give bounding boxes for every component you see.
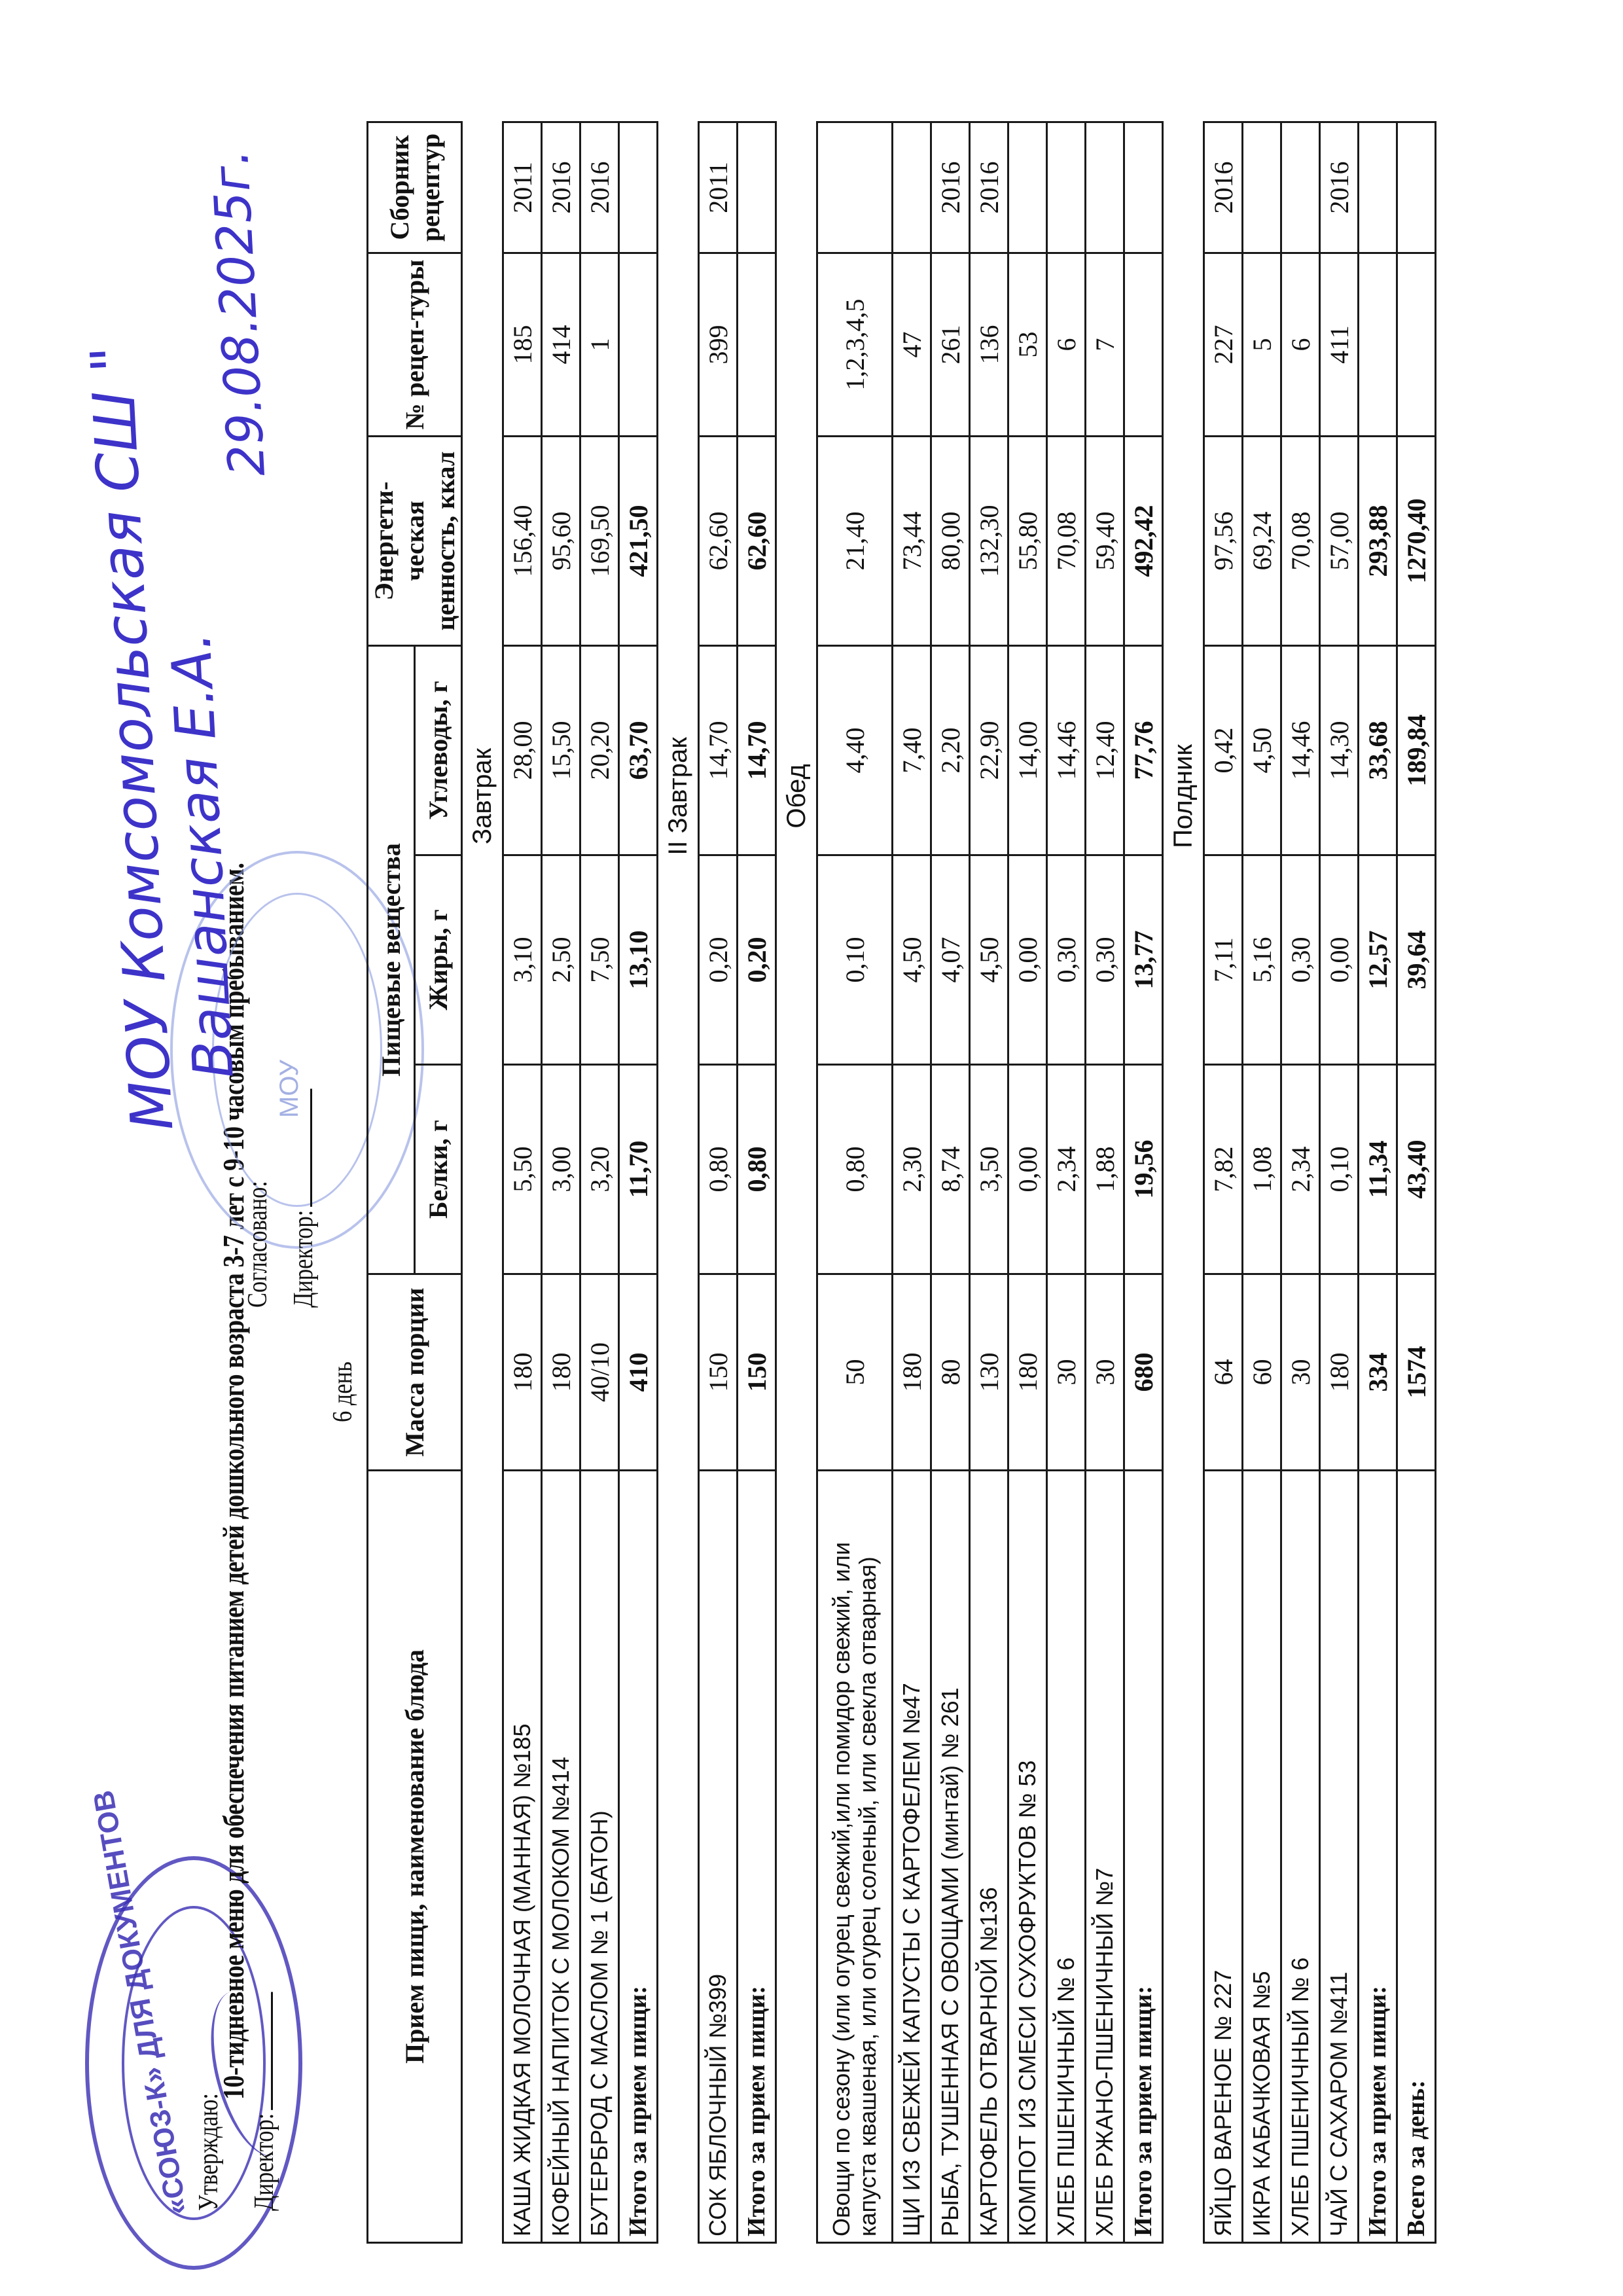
cell-recipe: 185: [503, 253, 542, 436]
cell-collection: 2016: [931, 122, 970, 253]
cell-collection: [1008, 122, 1047, 253]
dish-name: КОМПОТ ИЗ СМЕСИ СУХОФРУКТОВ № 53: [1008, 1471, 1047, 2243]
grand-total-carbs: 189,84: [1397, 645, 1436, 855]
dish-name: РЫБА, ТУШЕННАЯ С ОВОЩАМИ (минтай) № 261: [931, 1471, 970, 2243]
cell-energy: 70,08: [1281, 436, 1320, 645]
cell-mass: 30: [1086, 1274, 1124, 1471]
grand-total-row: Всего за день:157443,4039,64189,841270,4…: [1397, 122, 1436, 2242]
dish-name: ИКРА КАБАЧКОВАЯ №5: [1243, 1471, 1281, 2243]
cell-fats: 0,30: [1047, 855, 1086, 1065]
total-proteins: 11,70: [619, 1065, 658, 1274]
cell-carbs: 14,46: [1047, 645, 1086, 855]
cell-carbs: 28,00: [503, 645, 542, 855]
total-carbs: 14,70: [738, 645, 776, 855]
table-row: ХЛЕБ ПШЕНИЧНЫЙ № 6302,340,3014,4670,086: [1047, 122, 1086, 2242]
menu-table: Прием пищи, наименование блюда Масса пор…: [366, 121, 1436, 2244]
cell-collection: 2011: [503, 122, 542, 253]
approve-label: Утверждаю:: [193, 2093, 224, 2211]
cell-mass: 30: [1047, 1274, 1086, 1471]
col-nutrients: Пищевые вещества: [368, 645, 415, 1274]
col-mass: Масса порции: [368, 1274, 462, 1471]
cell-recipe: 53: [1008, 253, 1047, 436]
total-label: Итого за прием пищи:: [738, 1471, 776, 2243]
cell-fats: 5,16: [1243, 855, 1281, 1065]
total-energy: 421,50: [619, 436, 658, 645]
dish-name: ЩИ ИЗ СВЕЖЕЙ КАПУСТЫ С КАРТОФЕЛЕМ №47: [893, 1471, 931, 2243]
section-title: II Завтрак: [658, 122, 699, 1470]
cell-recipe: 6: [1281, 253, 1320, 436]
table-row: КАША ЖИДКАЯ МОЛОЧНАЯ (МАННАЯ) №1851805,5…: [503, 122, 542, 2242]
total-energy: 62,60: [738, 436, 776, 645]
handwriting-date: 29.08.2025г.: [201, 149, 276, 478]
cell-carbs: 14,70: [699, 645, 738, 855]
cell-recipe: 1: [580, 253, 619, 436]
col-carbs: Углеводы, г: [415, 645, 462, 855]
total-proteins: 11,34: [1359, 1065, 1397, 1274]
cell-carbs: 7,40: [893, 645, 931, 855]
cell-carbs: 14,46: [1281, 645, 1320, 855]
cell-fats: 2,50: [542, 855, 580, 1065]
approve-director: Директор:: [249, 1992, 280, 2211]
cell-collection: [1243, 122, 1281, 253]
cell-energy: 59,40: [1086, 436, 1124, 645]
cell-fats: 4,07: [931, 855, 970, 1065]
grand-total-proteins: 43,40: [1397, 1065, 1436, 1274]
cell-collection: 2016: [580, 122, 619, 253]
cell-collection: 2016: [970, 122, 1008, 253]
col-recipe-no: № рецеп-туры: [368, 253, 462, 436]
table-header-row: Прием пищи, наименование блюда Масса пор…: [368, 122, 415, 2242]
dish-name: ХЛЕБ ПШЕНИЧНЫЙ № 6: [1047, 1471, 1086, 2243]
cell-proteins: 3,50: [970, 1065, 1008, 1274]
cell-proteins: 0,00: [1008, 1065, 1047, 1274]
cell-carbs: 20,20: [580, 645, 619, 855]
cell-collection: 2011: [699, 122, 738, 253]
cell-proteins: 0,80: [817, 1065, 893, 1274]
dish-name: ХЛЕБ ПШЕНИЧНЫЙ № 6: [1281, 1471, 1320, 2243]
table-row: ЩИ ИЗ СВЕЖЕЙ КАПУСТЫ С КАРТОФЕЛЕМ №47180…: [893, 122, 931, 2242]
table-row: ЧАЙ С САХАРОМ №4111800,100,0014,3057,004…: [1320, 122, 1359, 2242]
cell-collection: [1086, 122, 1124, 253]
total-fats: 12,57: [1359, 855, 1397, 1065]
grand-total-label: Всего за день:: [1397, 1471, 1436, 2243]
cell-recipe: 7: [1086, 253, 1124, 436]
cell-recipe: 261: [931, 253, 970, 436]
section-row: Завтрак: [462, 122, 503, 2242]
cell-recipe: 399: [699, 253, 738, 436]
cell-recipe: 6: [1047, 253, 1086, 436]
table-row: ХЛЕБ ПШЕНИЧНЫЙ № 6302,340,3014,4670,086: [1281, 122, 1320, 2242]
cell-fats: 0,20: [699, 855, 738, 1065]
table-row: ЯЙЦО ВАРЕНОЕ № 227647,827,110,4297,56227…: [1204, 122, 1243, 2242]
cell-recipe: 227: [1204, 253, 1243, 436]
table-row: БУТЕРБРОД С МАСЛОМ № 1 (БАТОН)40/103,207…: [580, 122, 619, 2242]
col-proteins: Белки, г: [415, 1065, 462, 1274]
total-mass: 680: [1124, 1274, 1163, 1471]
table-row: КАРТОФЕЛЬ ОТВАРНОЙ №1361303,504,5022,901…: [970, 122, 1008, 2242]
cell-collection: 2016: [542, 122, 580, 253]
section-title: Обед: [776, 122, 817, 1470]
grand-total-mass: 1574: [1397, 1274, 1436, 1471]
total-label: Итого за прием пищи:: [1124, 1471, 1163, 2243]
agreed-director-label: Директор:: [289, 1210, 319, 1308]
section-row: II Завтрак: [658, 122, 699, 2242]
cell-carbs: 14,00: [1008, 645, 1047, 855]
col-energy: Энергети-ческая ценность, ккал: [368, 436, 462, 645]
table-row: ИКРА КАБАЧКОВАЯ №5601,085,164,5069,245: [1243, 122, 1281, 2242]
cell-mass: 180: [542, 1274, 580, 1471]
cell-energy: 80,00: [931, 436, 970, 645]
cell-proteins: 0,80: [699, 1065, 738, 1274]
total-proteins: 0,80: [738, 1065, 776, 1274]
cell-energy: 69,24: [1243, 436, 1281, 645]
dish-name: ХЛЕБ РЖАНО-ПШЕНИЧНЫЙ №7: [1086, 1471, 1124, 2243]
section-row: Полдник: [1163, 122, 1204, 2242]
total-row: Итого за прием пищи:68019,5613,7777,7649…: [1124, 122, 1163, 2242]
cell-energy: 73,44: [893, 436, 931, 645]
total-carbs: 63,70: [619, 645, 658, 855]
cell-carbs: 0,42: [1204, 645, 1243, 855]
cell-mass: 64: [1204, 1274, 1243, 1471]
cell-recipe: 1,2,3,4,5: [817, 253, 893, 436]
cell-fats: 0,00: [1320, 855, 1359, 1065]
total-fats: 0,20: [738, 855, 776, 1065]
cell-fats: 7,50: [580, 855, 619, 1065]
dish-name: КАША ЖИДКАЯ МОЛОЧНАЯ (МАННАЯ) №185: [503, 1471, 542, 2243]
cell-mass: 80: [931, 1274, 970, 1471]
menu-sheet: «СОЮЗ-К» ДЛЯ ДОКУМЕНТОВ Утверждаю: Дирек…: [0, 0, 1623, 2296]
cell-carbs: 14,30: [1320, 645, 1359, 855]
cell-proteins: 8,74: [931, 1065, 970, 1274]
total-fats: 13,77: [1124, 855, 1163, 1065]
table-row: КОФЕЙНЫЙ НАПИТОК С МОЛОКОМ №4141803,002,…: [542, 122, 580, 2242]
cell-proteins: 2,30: [893, 1065, 931, 1274]
day-label: 6 день: [327, 1361, 359, 1422]
agreed-label: Согласовано:: [242, 1181, 274, 1308]
dish-name: ЧАЙ С САХАРОМ №411: [1320, 1471, 1359, 2243]
cell-recipe: 5: [1243, 253, 1281, 436]
cell-mass: 30: [1281, 1274, 1320, 1471]
cell-fats: 4,50: [970, 855, 1008, 1065]
cell-fats: 3,10: [503, 855, 542, 1065]
grand-total-fats: 39,64: [1397, 855, 1436, 1065]
section-title: Завтрак: [462, 122, 503, 1470]
table-row: СОК ЯБЛОЧНЫЙ №3991500,800,2014,7062,6039…: [699, 122, 738, 2242]
cell-energy: 132,30: [970, 436, 1008, 645]
total-label: Итого за прием пищи:: [619, 1471, 658, 2243]
table-row: ХЛЕБ РЖАНО-ПШЕНИЧНЫЙ №7301,880,3012,4059…: [1086, 122, 1124, 2242]
cell-fats: 0,00: [1008, 855, 1047, 1065]
cell-fats: 7,11: [1204, 855, 1243, 1065]
section-row: Обед: [776, 122, 817, 2242]
table-row: Овощи по сезону (или огурец свежий,или п…: [817, 122, 893, 2242]
section-title: Полдник: [1163, 122, 1204, 1470]
cell-fats: 0,30: [1281, 855, 1320, 1065]
dish-name: БУТЕРБРОД С МАСЛОМ № 1 (БАТОН): [580, 1471, 619, 2243]
table-row: КОМПОТ ИЗ СМЕСИ СУХОФРУКТОВ № 531800,000…: [1008, 122, 1047, 2242]
cell-mass: 180: [893, 1274, 931, 1471]
col-fats: Жиры, г: [415, 855, 462, 1065]
agreed-director: Директор:: [288, 1088, 319, 1308]
total-proteins: 19,56: [1124, 1065, 1163, 1274]
cell-fats: 4,50: [893, 855, 931, 1065]
cell-proteins: 2,34: [1047, 1065, 1086, 1274]
approve-sign-line: [271, 1992, 273, 2109]
cell-proteins: 1,08: [1243, 1065, 1281, 1274]
cell-proteins: 0,10: [1320, 1065, 1359, 1274]
dish-name: КОФЕЙНЫЙ НАПИТОК С МОЛОКОМ №414: [542, 1471, 580, 2243]
dish-name: КАРТОФЕЛЬ ОТВАРНОЙ №136: [970, 1471, 1008, 2243]
cell-fats: 0,30: [1086, 855, 1124, 1065]
cell-carbs: 4,40: [817, 645, 893, 855]
cell-proteins: 2,34: [1281, 1065, 1320, 1274]
cell-energy: 156,40: [503, 436, 542, 645]
cell-proteins: 5,50: [503, 1065, 542, 1274]
col-meal-name: Прием пищи, наименование блюда: [368, 1471, 462, 2243]
cell-mass: 180: [1320, 1274, 1359, 1471]
cell-mass: 50: [817, 1274, 893, 1471]
cell-energy: 70,08: [1047, 436, 1086, 645]
cell-collection: [1047, 122, 1086, 253]
menu-body: ЗавтракКАША ЖИДКАЯ МОЛОЧНАЯ (МАННАЯ) №18…: [462, 122, 1436, 2242]
total-energy: 293,88: [1359, 436, 1397, 645]
cell-collection: 2016: [1204, 122, 1243, 253]
cell-collection: [1281, 122, 1320, 253]
cell-mass: 40/10: [580, 1274, 619, 1471]
dish-name: Овощи по сезону (или огурец свежий,или п…: [817, 1471, 893, 2243]
cell-energy: 57,00: [1320, 436, 1359, 645]
cell-proteins: 1,88: [1086, 1065, 1124, 1274]
col-collection: Сборник рецептур: [368, 122, 462, 253]
cell-recipe: 411: [1320, 253, 1359, 436]
cell-mass: 180: [503, 1274, 542, 1471]
cell-collection: 2016: [1320, 122, 1359, 253]
total-label: Итого за прием пищи:: [1359, 1471, 1397, 2243]
cell-proteins: 3,20: [580, 1065, 619, 1274]
total-carbs: 33,68: [1359, 645, 1397, 855]
cell-mass: 150: [699, 1274, 738, 1471]
cell-recipe: 136: [970, 253, 1008, 436]
total-mass: 410: [619, 1274, 658, 1471]
table-row: РЫБА, ТУШЕННАЯ С ОВОЩАМИ (минтай) № 2618…: [931, 122, 970, 2242]
cell-energy: 97,56: [1204, 436, 1243, 645]
cell-carbs: 15,50: [542, 645, 580, 855]
cell-energy: 55,80: [1008, 436, 1047, 645]
cell-proteins: 3,00: [542, 1065, 580, 1274]
total-mass: 150: [738, 1274, 776, 1471]
cell-carbs: 12,40: [1086, 645, 1124, 855]
dish-name: СОК ЯБЛОЧНЫЙ №399: [699, 1471, 738, 2243]
cell-fats: 0,10: [817, 855, 893, 1065]
total-carbs: 77,76: [1124, 645, 1163, 855]
cell-energy: 21,40: [817, 436, 893, 645]
cell-mass: 180: [1008, 1274, 1047, 1471]
cell-proteins: 7,82: [1204, 1065, 1243, 1274]
cell-recipe: 47: [893, 253, 931, 436]
total-mass: 334: [1359, 1274, 1397, 1471]
cell-recipe: 414: [542, 253, 580, 436]
cell-energy: 95,60: [542, 436, 580, 645]
cell-carbs: 2,20: [931, 645, 970, 855]
total-row: Итого за прием пищи:33411,3412,5733,6829…: [1359, 122, 1397, 2242]
approve-director-label: Директор:: [249, 2113, 279, 2211]
cell-energy: 169,50: [580, 436, 619, 645]
cell-mass: 60: [1243, 1274, 1281, 1471]
grand-total-energy: 1270,40: [1397, 436, 1436, 645]
dish-name: ЯЙЦО ВАРЕНОЕ № 227: [1204, 1471, 1243, 2243]
total-energy: 492,42: [1124, 436, 1163, 645]
total-row: Итого за прием пищи:1500,800,2014,7062,6…: [738, 122, 776, 2242]
cell-collection: [817, 122, 893, 253]
cell-carbs: 22,90: [970, 645, 1008, 855]
total-row: Итого за прием пищи:41011,7013,1063,7042…: [619, 122, 658, 2242]
agreed-sign-line: [310, 1088, 312, 1206]
total-fats: 13,10: [619, 855, 658, 1065]
cell-carbs: 4,50: [1243, 645, 1281, 855]
cell-energy: 62,60: [699, 436, 738, 645]
cell-collection: [893, 122, 931, 253]
cell-mass: 130: [970, 1274, 1008, 1471]
